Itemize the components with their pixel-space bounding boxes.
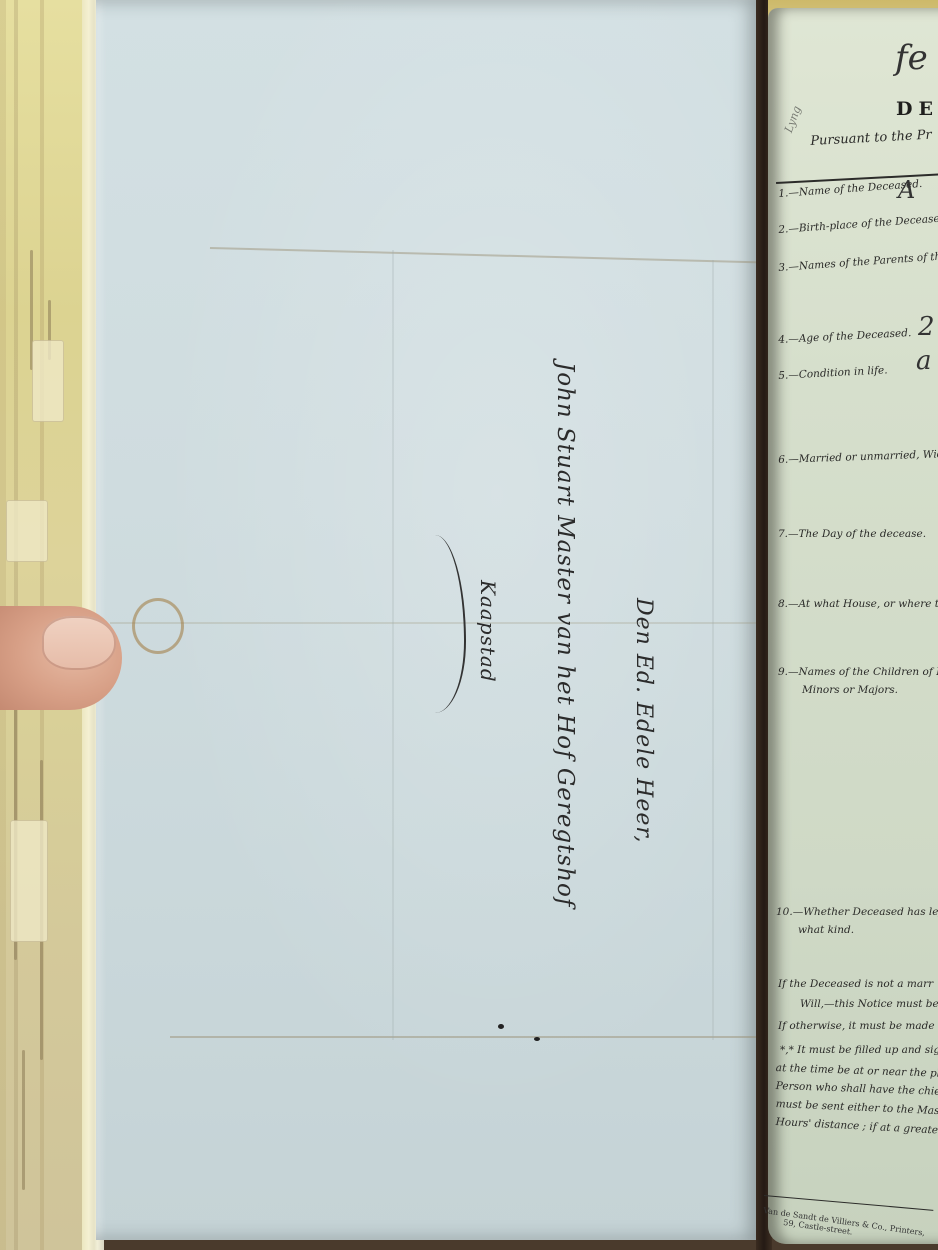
instruction-line: *,* It must be filled up and sig bbox=[780, 1044, 938, 1056]
form-title: DE bbox=[896, 98, 938, 120]
fold-line-vertical bbox=[712, 260, 714, 1040]
paper-flake bbox=[32, 340, 64, 422]
field-8-label: 8.—At what House, or where the P bbox=[778, 598, 938, 610]
address-salutation: Den Ed. Edele Heer, bbox=[631, 598, 656, 843]
field-10-continuation: what kind. bbox=[798, 924, 854, 936]
paper-flake bbox=[10, 820, 48, 942]
instruction-line: If otherwise, it must be made w bbox=[778, 1020, 938, 1032]
address-recipient: John Stuart Master van het Hof Geregtsho… bbox=[552, 362, 578, 907]
address-city: Kaapstad bbox=[476, 580, 500, 683]
paper-flake bbox=[6, 500, 48, 562]
field-9-continuation: Minors or Majors. bbox=[802, 684, 898, 696]
thumbnail bbox=[42, 616, 116, 670]
field-1-value: A bbox=[898, 176, 915, 204]
form-header-handwriting: fe bbox=[895, 38, 928, 78]
field-7-label: 7.—The Day of the decease. bbox=[778, 528, 926, 540]
instruction-line: If the Deceased is not a marr bbox=[778, 978, 933, 990]
stain-ring bbox=[132, 598, 184, 654]
ink-spot bbox=[534, 1037, 540, 1041]
fold-line-bottom bbox=[170, 1036, 760, 1038]
field-5-value: a bbox=[916, 346, 932, 376]
field-4-value: 2 bbox=[918, 312, 935, 342]
field-10-label: 10.—Whether Deceased has left any bbox=[776, 906, 938, 918]
field-9-label: 9.—Names of the Children of Dece bbox=[778, 666, 938, 678]
ink-spot bbox=[498, 1024, 504, 1029]
fold-line-vertical bbox=[392, 250, 394, 1040]
paper-crack bbox=[22, 1050, 25, 1190]
instruction-line: Will,—this Notice must be bbox=[800, 998, 938, 1010]
